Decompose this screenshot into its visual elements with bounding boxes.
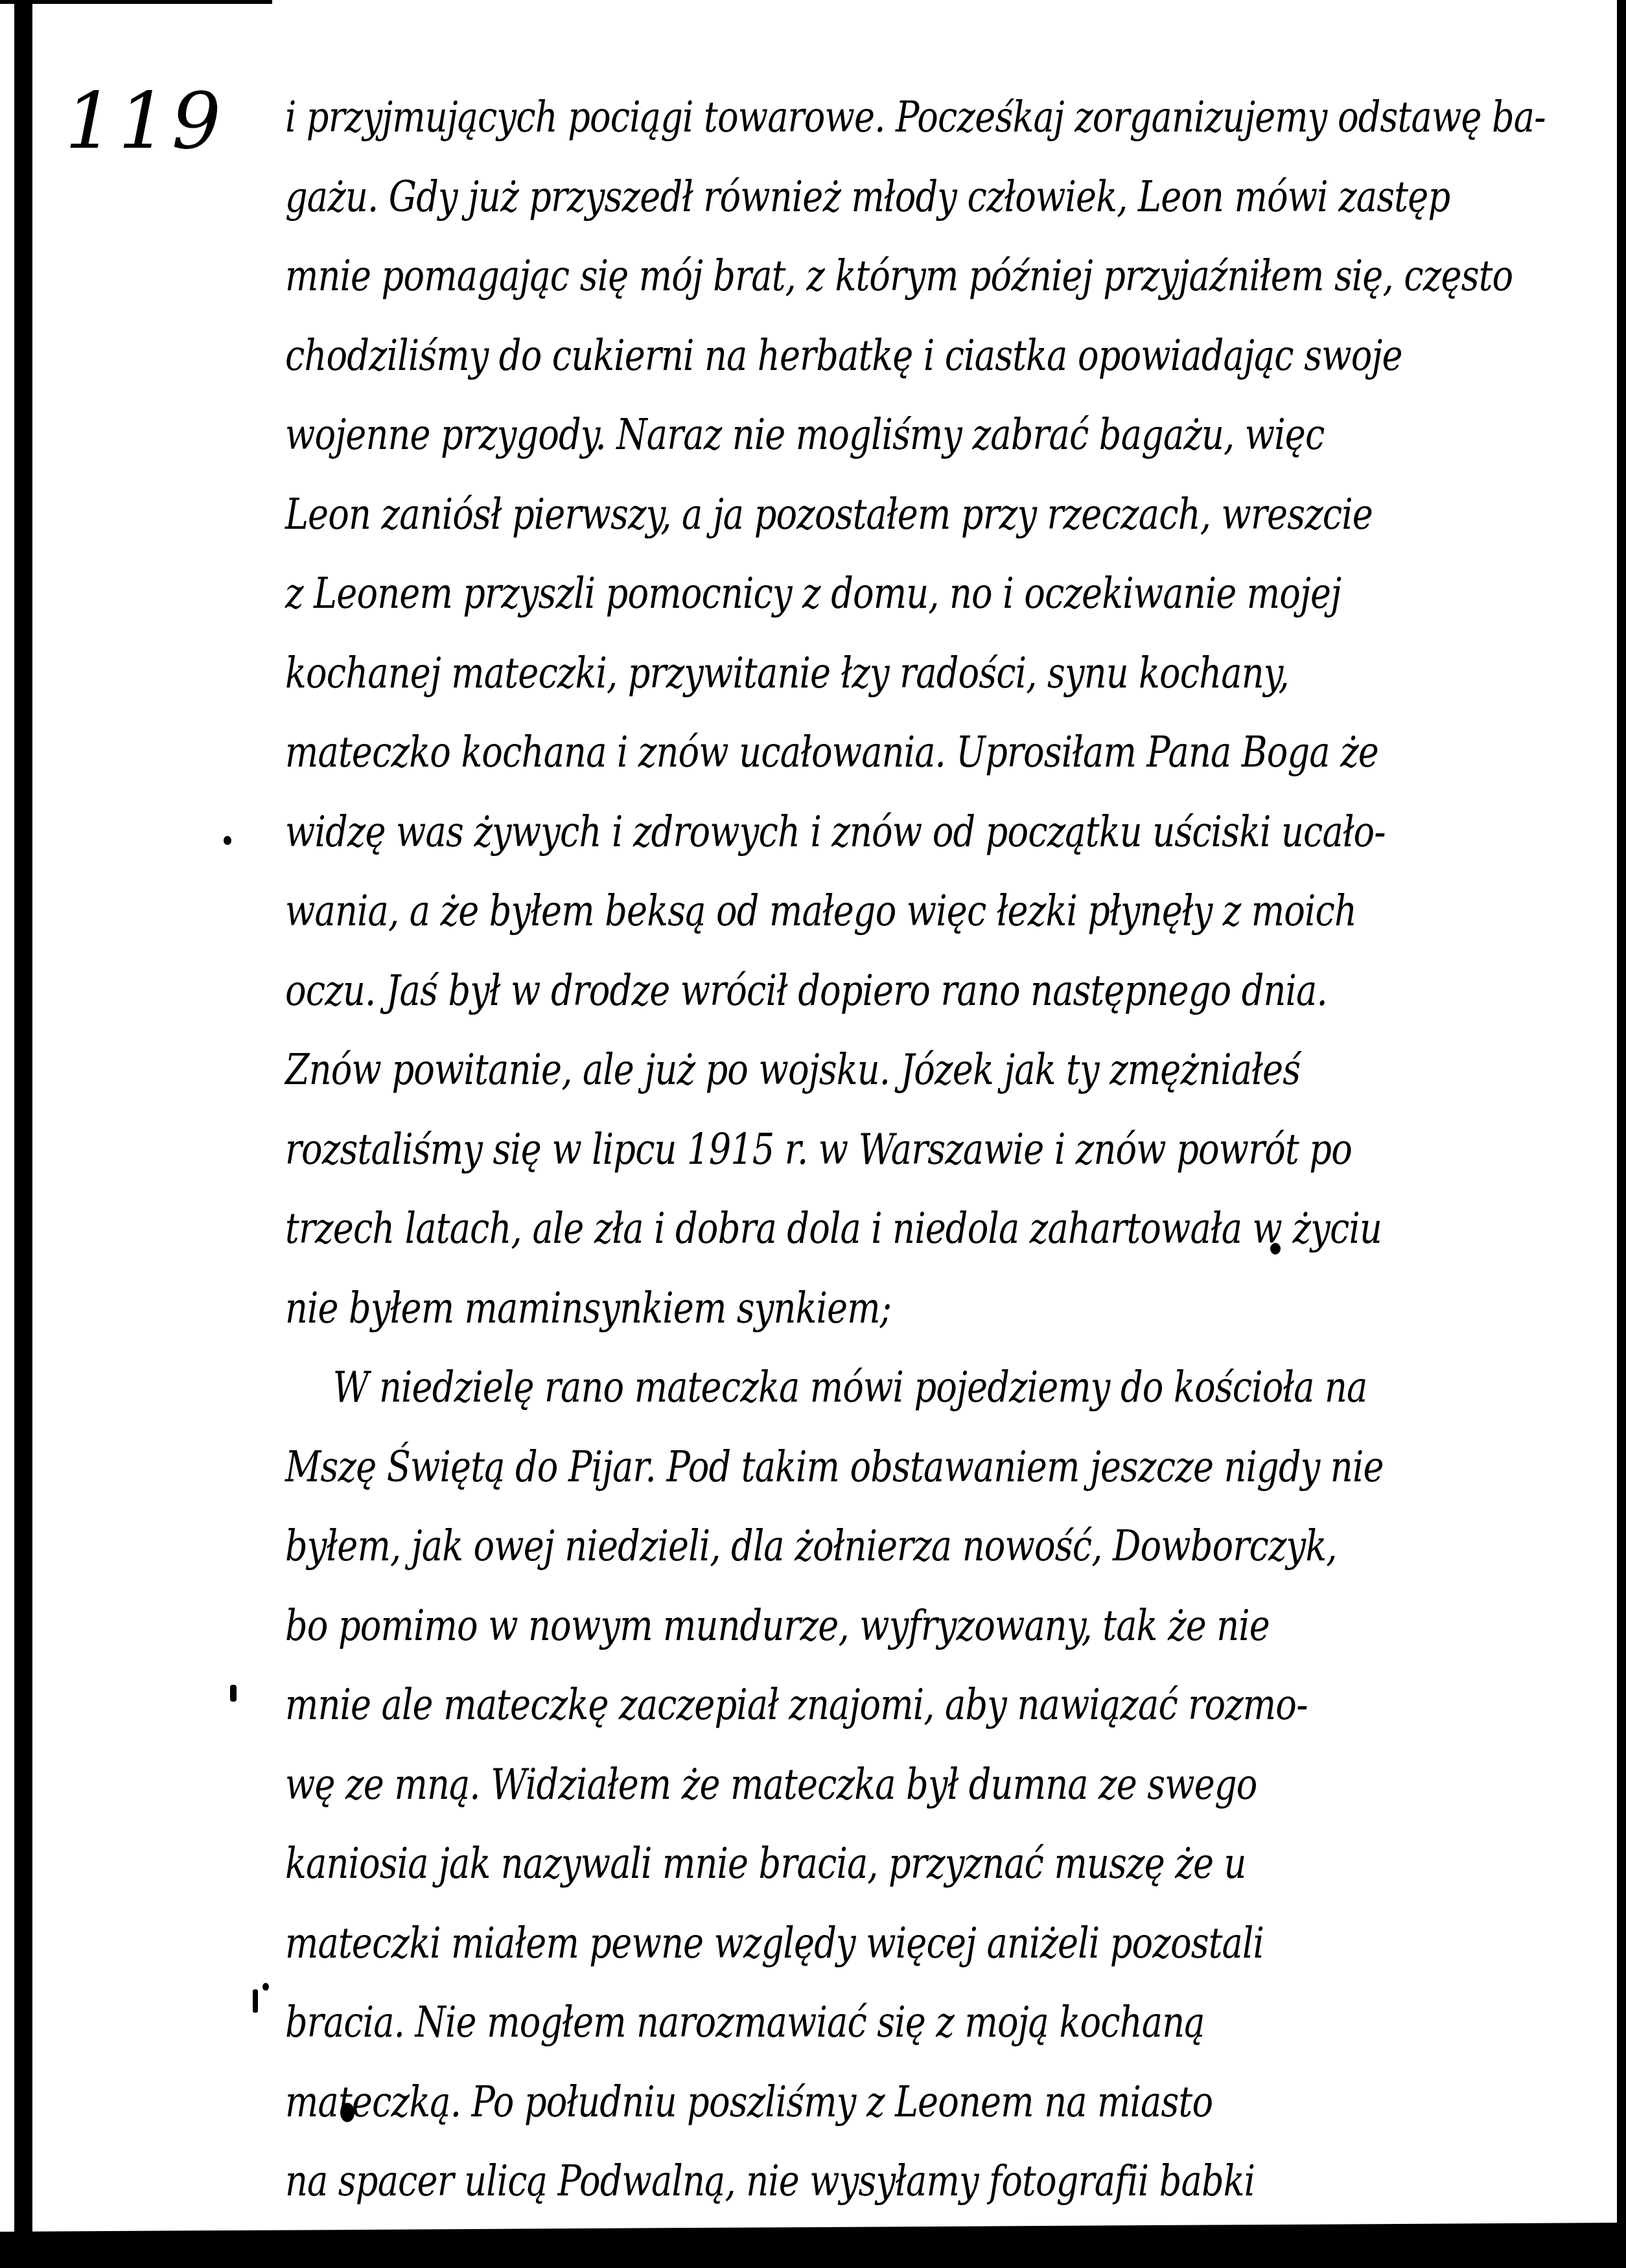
text-line: bo pomimo w nowym mundurze, wyfryzowany,… (285, 1586, 1343, 1666)
text-line: na spacer ulicą Podwalną, nie wysyłamy f… (285, 2142, 1343, 2221)
scan-left-border (14, 0, 32, 2268)
handwritten-text-block: i przyjmujących pociągi towarowe. Pocześ… (285, 78, 1575, 2221)
ink-speck (1270, 1243, 1281, 1255)
scan-right-border (1617, 0, 1626, 2268)
text-line: z Leonem przyszli pomocnicy z domu, no i… (285, 554, 1343, 634)
text-line: wojenne przygody. Naraz nie mogliśmy zab… (285, 395, 1343, 475)
text-line: mnie ale mateczkę zaczepiał znajomi, aby… (285, 1665, 1343, 1745)
scanned-page: 119 i przyjmujących pociągi towarowe. Po… (0, 0, 1626, 2268)
text-line: mateczką. Po południu poszliśmy z Leonem… (285, 2063, 1343, 2142)
ink-speck (224, 836, 231, 845)
ink-speck (262, 1983, 269, 1991)
text-line: chodziliśmy do cukierni na herbatkę i ci… (285, 316, 1343, 396)
text-line: Znów powitanie, ale już po wojsku. Józek… (285, 1030, 1343, 1110)
page-number: 119 (65, 76, 225, 167)
text-line: W niedzielę rano mateczka mówi pojedziem… (285, 1348, 1343, 1428)
text-line: widzę was żywych i zdrowych i znów od po… (285, 793, 1343, 872)
text-line: gażu. Gdy już przyszedł również młody cz… (285, 157, 1343, 237)
ink-speck (253, 1989, 258, 2013)
scan-bottom-border (0, 2223, 1626, 2268)
ink-speck (340, 2103, 354, 2122)
ink-speck (230, 1685, 237, 1702)
text-line: nie byłem maminsynkiem synkiem; (285, 1269, 1343, 1348)
text-line: wę ze mną. Widziałem że mateczka był dum… (285, 1745, 1343, 1825)
text-line: kochanej mateczki, przywitanie łzy radoś… (285, 634, 1343, 713)
text-line: mnie pomagając się mój brat, z którym pó… (285, 237, 1343, 316)
text-line: i przyjmujących pociągi towarowe. Pocześ… (285, 78, 1343, 157)
text-line: trzech latach, ale zła i dobra dola i ni… (285, 1189, 1343, 1269)
text-line: Leon zaniósł pierwszy, a ja pozostałem p… (285, 475, 1343, 555)
text-line: mateczko kochana i znów ucałowania. Upro… (285, 713, 1343, 793)
text-line: Mszę Świętą do Pijar. Pod takim obstawan… (285, 1428, 1343, 1507)
text-line: kaniosia jak nazywali mnie bracia, przyz… (285, 1824, 1343, 1904)
text-line: bracia. Nie mogłem narozmawiać się z moj… (285, 1983, 1343, 2063)
scan-top-border (0, 0, 272, 4)
text-line: byłem, jak owej niedzieli, dla żołnierza… (285, 1507, 1343, 1586)
text-line: mateczki miałem pewne względy więcej ani… (285, 1904, 1343, 1984)
text-line: wania, a że byłem beksą od małego więc ł… (285, 872, 1343, 951)
text-line: rozstaliśmy się w lipcu 1915 r. w Warsza… (285, 1110, 1343, 1190)
text-line: oczu. Jaś był w drodze wrócił dopiero ra… (285, 951, 1343, 1031)
